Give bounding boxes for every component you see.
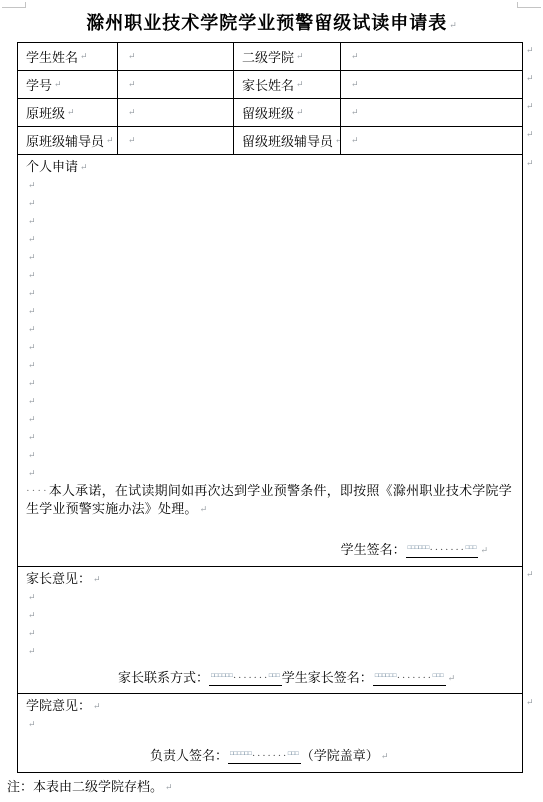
empty-paragraph-line: ↵	[26, 374, 512, 392]
cell-label: 二级学院	[242, 47, 294, 66]
space-marks: □□□□□□	[211, 673, 233, 679]
empty-paragraph-line: ↵	[26, 230, 512, 248]
empty-paragraph-line: ↵	[26, 428, 512, 446]
paragraph-mark: ↵	[91, 701, 101, 711]
table-row: 学生姓名↵ ↵ 二级学院↵ ↵	[18, 43, 522, 71]
empty-paragraph-line: ↵	[26, 176, 512, 194]
paragraph-mark: ↵	[294, 51, 304, 62]
space-marks: □□□	[466, 545, 477, 551]
empty-paragraph-line: ↵	[26, 302, 512, 320]
paragraph-mark: ↵	[126, 107, 136, 118]
parent-opinion-label: 家长意见：↵	[26, 570, 512, 588]
paragraph-mark: ↵	[126, 79, 136, 90]
personal-application-label: 个人申请↵	[26, 158, 512, 176]
empty-paragraph-line: ↵	[26, 266, 512, 284]
space-marks: □□□	[269, 673, 280, 679]
parent-signature-line: 家长联系方式：□□□□□□·······□□□学生家长签名：□□□□□□····…	[118, 669, 455, 687]
paragraph-mark: ↵	[126, 51, 136, 62]
paragraph-mark: ↵	[349, 79, 359, 90]
paragraph-mark: ↵	[379, 751, 389, 761]
space-marks: ····	[26, 485, 49, 497]
paragraph-mark: ↵	[52, 79, 62, 90]
table-row: 原班级↵ ↵ 留级班级↵ ↵	[18, 99, 522, 127]
space-marks: ·······	[233, 672, 269, 684]
empty-paragraph-line: ↵	[26, 284, 512, 302]
field-parent-name[interactable]: ↵	[341, 71, 522, 98]
cell-label: 学号	[26, 75, 52, 94]
label-parent-name: 家长姓名↵	[234, 71, 341, 98]
archive-note: 注：本表由二级学院存档。↵	[7, 776, 173, 795]
pledge-text: 本人承诺，在试读期间如再次达到学业预警条件，即按照《滁州职业技术学院学生学业预警…	[26, 483, 512, 516]
responsible-signature-line: 负责人签名：□□□□□□·······□□□（学院盖章）↵	[150, 747, 388, 765]
student-signature-line: 学生签名：□□□□□□·······□□□↵	[341, 541, 488, 559]
paragraph-mark: ↵	[294, 107, 304, 118]
section-parent-opinion[interactable]: 家长意见：↵ ↵↵↵↵ 家长联系方式：□□□□□□·······□□□学生家长签…	[18, 567, 522, 694]
paragraph-mark: ↵	[104, 135, 114, 146]
end-of-row-mark: ↵	[526, 101, 534, 112]
empty-paragraph-line: ↵	[26, 320, 512, 338]
space-marks: □□□	[288, 751, 299, 757]
paragraph-mark: ↵	[333, 135, 341, 146]
label-text: 家长意见：	[26, 571, 91, 586]
student-signature-blank[interactable]: □□□□□□·······□□□	[406, 541, 479, 558]
paragraph-mark: ↵	[349, 135, 359, 146]
label-student-id: 学号↵	[18, 71, 118, 98]
end-of-row-mark: ↵	[526, 129, 534, 140]
cell-label: 原班级	[26, 103, 65, 122]
college-opinion-blank-area[interactable]: ↵	[26, 715, 512, 733]
label-original-class-counselor: 原班级辅导员↵	[18, 127, 118, 154]
label-secondary-college: 二级学院↵	[234, 43, 341, 70]
paragraph-mark: ↵	[198, 504, 208, 514]
label-retained-class-counselor: 留级班级辅导员↵	[234, 127, 341, 154]
responsible-signature-label: 负责人签名：	[150, 748, 228, 763]
empty-paragraph-line: ↵	[26, 392, 512, 410]
label-text: 学院意见：	[26, 698, 91, 713]
space-marks: □□□	[433, 673, 444, 679]
paragraph-mark: ↵	[91, 574, 101, 584]
space-marks: ·······	[397, 672, 433, 684]
archive-note-text: 注：本表由二级学院存档。	[7, 779, 163, 794]
paragraph-mark: ↵	[349, 51, 359, 62]
field-secondary-college[interactable]: ↵	[341, 43, 522, 70]
personal-application-blank-area[interactable]: ↵↵↵↵↵↵↵↵↵↵↵↵↵↵↵↵↵	[26, 176, 512, 482]
label-student-name: 学生姓名↵	[18, 43, 118, 70]
paragraph-mark: ↵	[78, 162, 88, 172]
empty-paragraph-line: ↵	[26, 642, 512, 660]
parent-opinion-blank-area[interactable]: ↵↵↵↵	[26, 588, 512, 660]
empty-paragraph-line: ↵	[26, 606, 512, 624]
space-marks: □□□□□□	[230, 751, 252, 757]
table-row: 学号↵ ↵ 家长姓名↵ ↵	[18, 71, 522, 99]
document-page: 滁州职业技术学院学业预警留级试读申请表↵ 学生姓名↵ ↵ 二级学院↵ ↵ 学号↵…	[0, 0, 543, 802]
empty-paragraph-line: ↵	[26, 356, 512, 374]
label-text: 个人申请	[26, 159, 78, 174]
form-title: 滁州职业技术学院学业预警留级试读申请表↵	[0, 9, 543, 35]
cell-label: 留级班级	[242, 103, 294, 122]
field-original-class-counselor[interactable]: ↵	[118, 127, 234, 154]
section-college-opinion[interactable]: 学院意见：↵ ↵ 负责人签名：□□□□□□·······□□□（学院盖章）↵	[18, 694, 522, 772]
paragraph-mark: ↵	[478, 545, 488, 555]
paragraph-mark: ↵	[294, 79, 304, 90]
college-seal-note: （学院盖章）	[301, 748, 379, 763]
form-title-text: 滁州职业技术学院学业预警留级试读申请表	[86, 13, 447, 33]
field-original-class[interactable]: ↵	[118, 99, 234, 126]
responsible-signature-blank[interactable]: □□□□□□·······□□□	[228, 747, 301, 764]
empty-paragraph-line: ↵	[26, 410, 512, 428]
student-signature-label: 学生签名：	[341, 542, 406, 557]
field-student-name[interactable]: ↵	[118, 43, 234, 70]
space-marks: □□□□□□	[408, 545, 430, 551]
parent-signature-blank[interactable]: □□□□□□·······□□□	[373, 669, 446, 686]
end-of-row-mark: ↵	[526, 569, 534, 580]
pledge-paragraph: ····本人承诺，在试读期间如再次达到学业预警条件，即按照《滁州职业技术学院学生…	[26, 482, 512, 518]
page-margin-crop-mark-right	[517, 2, 541, 8]
paragraph-mark: ↵	[447, 20, 457, 30]
parent-contact-blank[interactable]: □□□□□□·······□□□	[209, 669, 282, 686]
cell-label: 家长姓名	[242, 75, 294, 94]
section-personal-application[interactable]: 个人申请↵ ↵↵↵↵↵↵↵↵↵↵↵↵↵↵↵↵↵ ····本人承诺，在试读期间如再…	[18, 155, 522, 567]
empty-paragraph-line: ↵	[26, 715, 512, 733]
field-retained-class[interactable]: ↵	[341, 99, 522, 126]
paragraph-mark: ↵	[65, 107, 75, 118]
paragraph-mark: ↵	[126, 135, 136, 146]
empty-paragraph-line: ↵	[26, 464, 512, 482]
empty-paragraph-line: ↵	[26, 624, 512, 642]
empty-paragraph-line: ↵	[26, 588, 512, 606]
empty-paragraph-line: ↵	[26, 194, 512, 212]
end-of-row-mark: ↵	[526, 45, 534, 56]
cell-label: 原班级辅导员	[26, 131, 104, 150]
space-marks: □□□□□□	[375, 673, 397, 679]
field-student-id[interactable]: ↵	[118, 71, 234, 98]
paragraph-mark: ↵	[349, 107, 359, 118]
empty-paragraph-line: ↵	[26, 212, 512, 230]
space-marks: ·······	[429, 544, 465, 556]
space-marks: ·······	[252, 750, 288, 762]
end-of-row-mark: ↵	[526, 697, 534, 708]
cell-label: 学生姓名	[26, 47, 78, 66]
parent-contact-label: 家长联系方式：	[118, 670, 209, 685]
paragraph-mark: ↵	[446, 673, 456, 683]
paragraph-mark: ↵	[78, 51, 88, 62]
label-original-class: 原班级↵	[18, 99, 118, 126]
field-retained-class-counselor[interactable]: ↵	[341, 127, 522, 154]
paragraph-mark: ↵	[163, 782, 173, 792]
college-opinion-label: 学院意见：↵	[26, 697, 512, 715]
empty-paragraph-line: ↵	[26, 248, 512, 266]
end-of-row-mark: ↵	[526, 158, 534, 169]
empty-paragraph-line: ↵	[26, 338, 512, 356]
page-margin-crop-mark-left	[2, 2, 26, 8]
parent-signature-label: 学生家长签名：	[282, 670, 373, 685]
table-row: 原班级辅导员↵ ↵ 留级班级辅导员↵ ↵	[18, 127, 522, 155]
application-form-table: 学生姓名↵ ↵ 二级学院↵ ↵ 学号↵ ↵ 家长姓名↵ ↵ 原班级↵ ↵ 留级班…	[17, 42, 523, 773]
empty-paragraph-line: ↵	[26, 446, 512, 464]
end-of-row-mark: ↵	[526, 73, 534, 84]
cell-label: 留级班级辅导员	[242, 131, 333, 150]
label-retained-class: 留级班级↵	[234, 99, 341, 126]
